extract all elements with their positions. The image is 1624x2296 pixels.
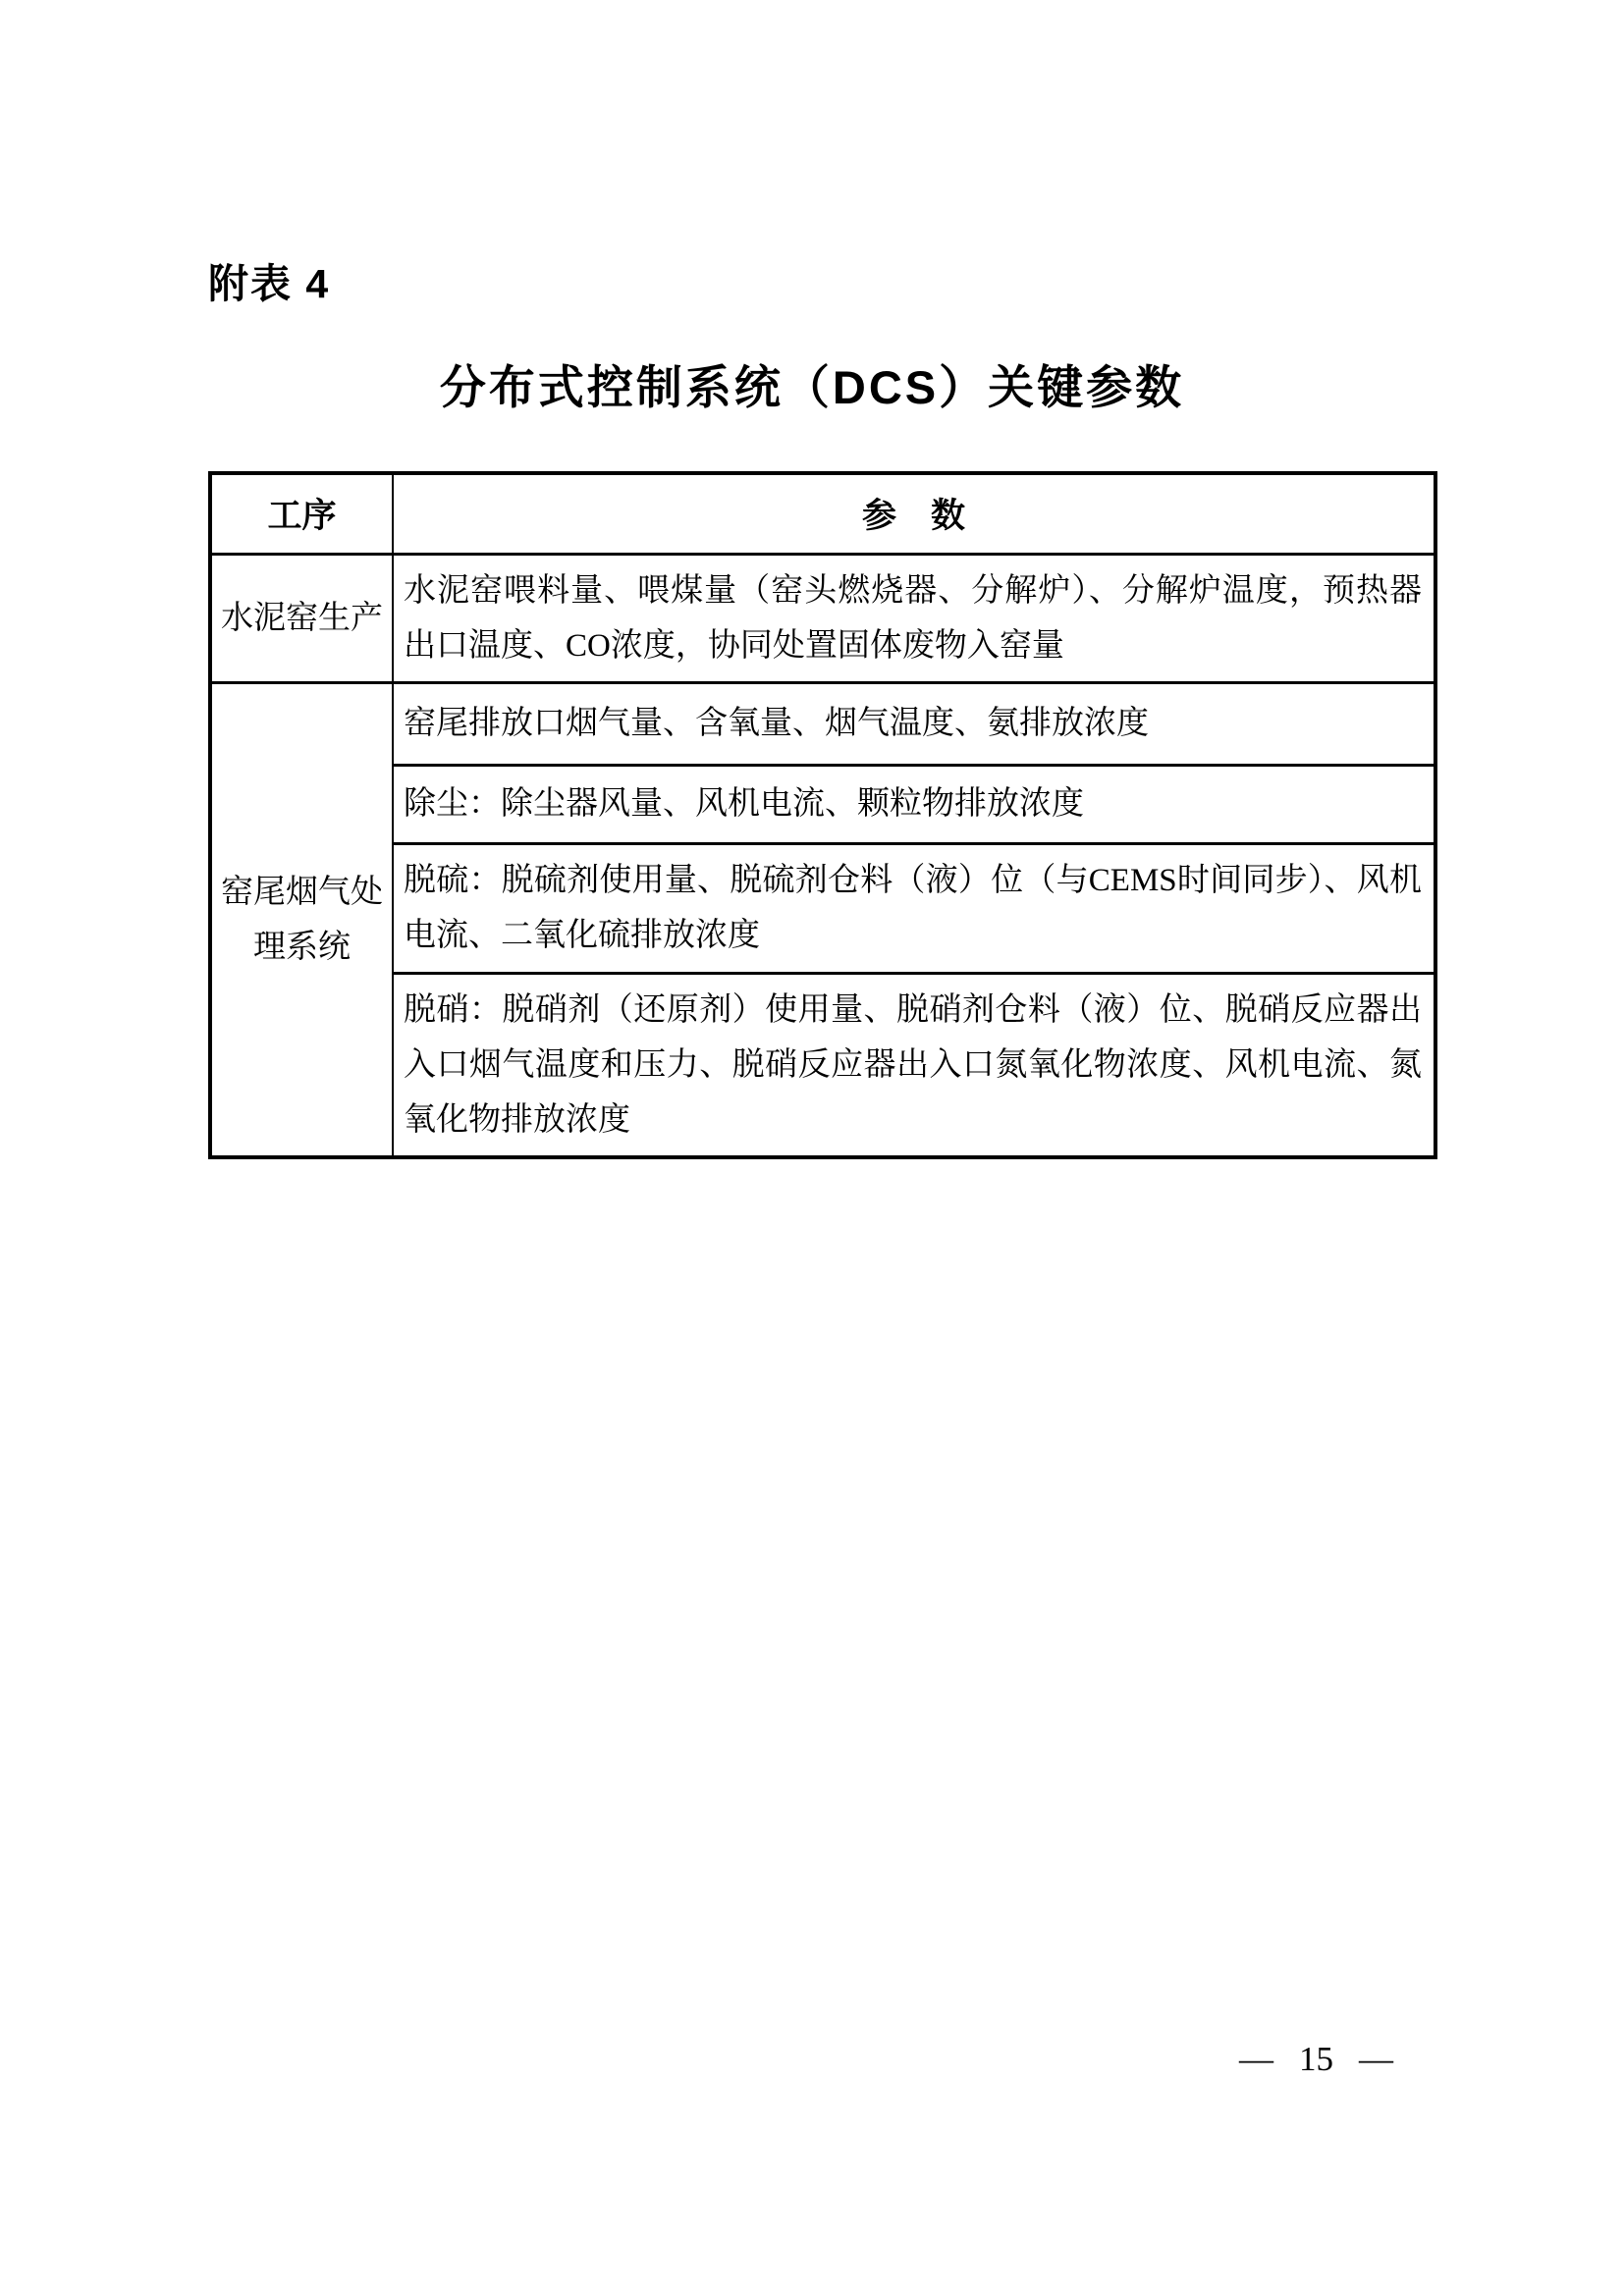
- dcs-parameters-table: 工序 参 数 水泥窑生产 水泥窑喂料量、喂煤量（窑头燃烧器、分解炉）、分解炉温度…: [208, 471, 1437, 1159]
- process-cell-flue-gas-system: 窑尾烟气处理系统: [210, 682, 393, 1157]
- footer-page-number: 15: [1299, 2040, 1333, 2079]
- process-cell-cement-kiln: 水泥窑生产: [210, 554, 393, 682]
- footer-dash-left: —: [1239, 2040, 1273, 2079]
- page-title: 分布式控制系统（DCS）关键参数: [0, 351, 1624, 417]
- table-row-flue-outlet: 窑尾烟气处理系统 窑尾排放口烟气量、含氧量、烟气温度、氨排放浓度: [210, 682, 1435, 765]
- page-footer: — 15 —: [1239, 2040, 1393, 2079]
- param-cell-cement-kiln: 水泥窑喂料量、喂煤量（窑头燃烧器、分解炉）、分解炉温度，预热器出口温度、CO浓度…: [393, 554, 1435, 682]
- param-cell-denitration: 脱硝：脱硝剂（还原剂）使用量、脱硝剂仓料（液）位、脱硝反应器出入口烟气温度和压力…: [393, 973, 1435, 1157]
- table-row-dedusting: 除尘：除尘器风量、风机电流、颗粒物排放浓度: [210, 765, 1435, 843]
- table-row-cement-kiln: 水泥窑生产 水泥窑喂料量、喂煤量（窑头燃烧器、分解炉）、分解炉温度，预热器出口温…: [210, 554, 1435, 682]
- param-cell-desulfurization: 脱硫：脱硫剂使用量、脱硫剂仓料（液）位（与CEMS时间同步）、风机电流、二氧化硫…: [393, 843, 1435, 973]
- param-cell-flue-outlet: 窑尾排放口烟气量、含氧量、烟气温度、氨排放浓度: [393, 682, 1435, 765]
- footer-dash-right: —: [1359, 2040, 1393, 2079]
- document-page: 附表 4 分布式控制系统（DCS）关键参数 工序 参 数 水泥窑生产 水泥窑喂料…: [0, 0, 1624, 2296]
- annex-label: 附表 4: [208, 251, 330, 309]
- header-process: 工序: [210, 473, 393, 554]
- table-row-denitration: 脱硝：脱硝剂（还原剂）使用量、脱硝剂仓料（液）位、脱硝反应器出入口烟气温度和压力…: [210, 973, 1435, 1157]
- header-parameter: 参 数: [393, 473, 1435, 554]
- table-header-row: 工序 参 数: [210, 473, 1435, 554]
- param-cell-dedusting: 除尘：除尘器风量、风机电流、颗粒物排放浓度: [393, 765, 1435, 843]
- table-row-desulfurization: 脱硫：脱硫剂使用量、脱硫剂仓料（液）位（与CEMS时间同步）、风机电流、二氧化硫…: [210, 843, 1435, 973]
